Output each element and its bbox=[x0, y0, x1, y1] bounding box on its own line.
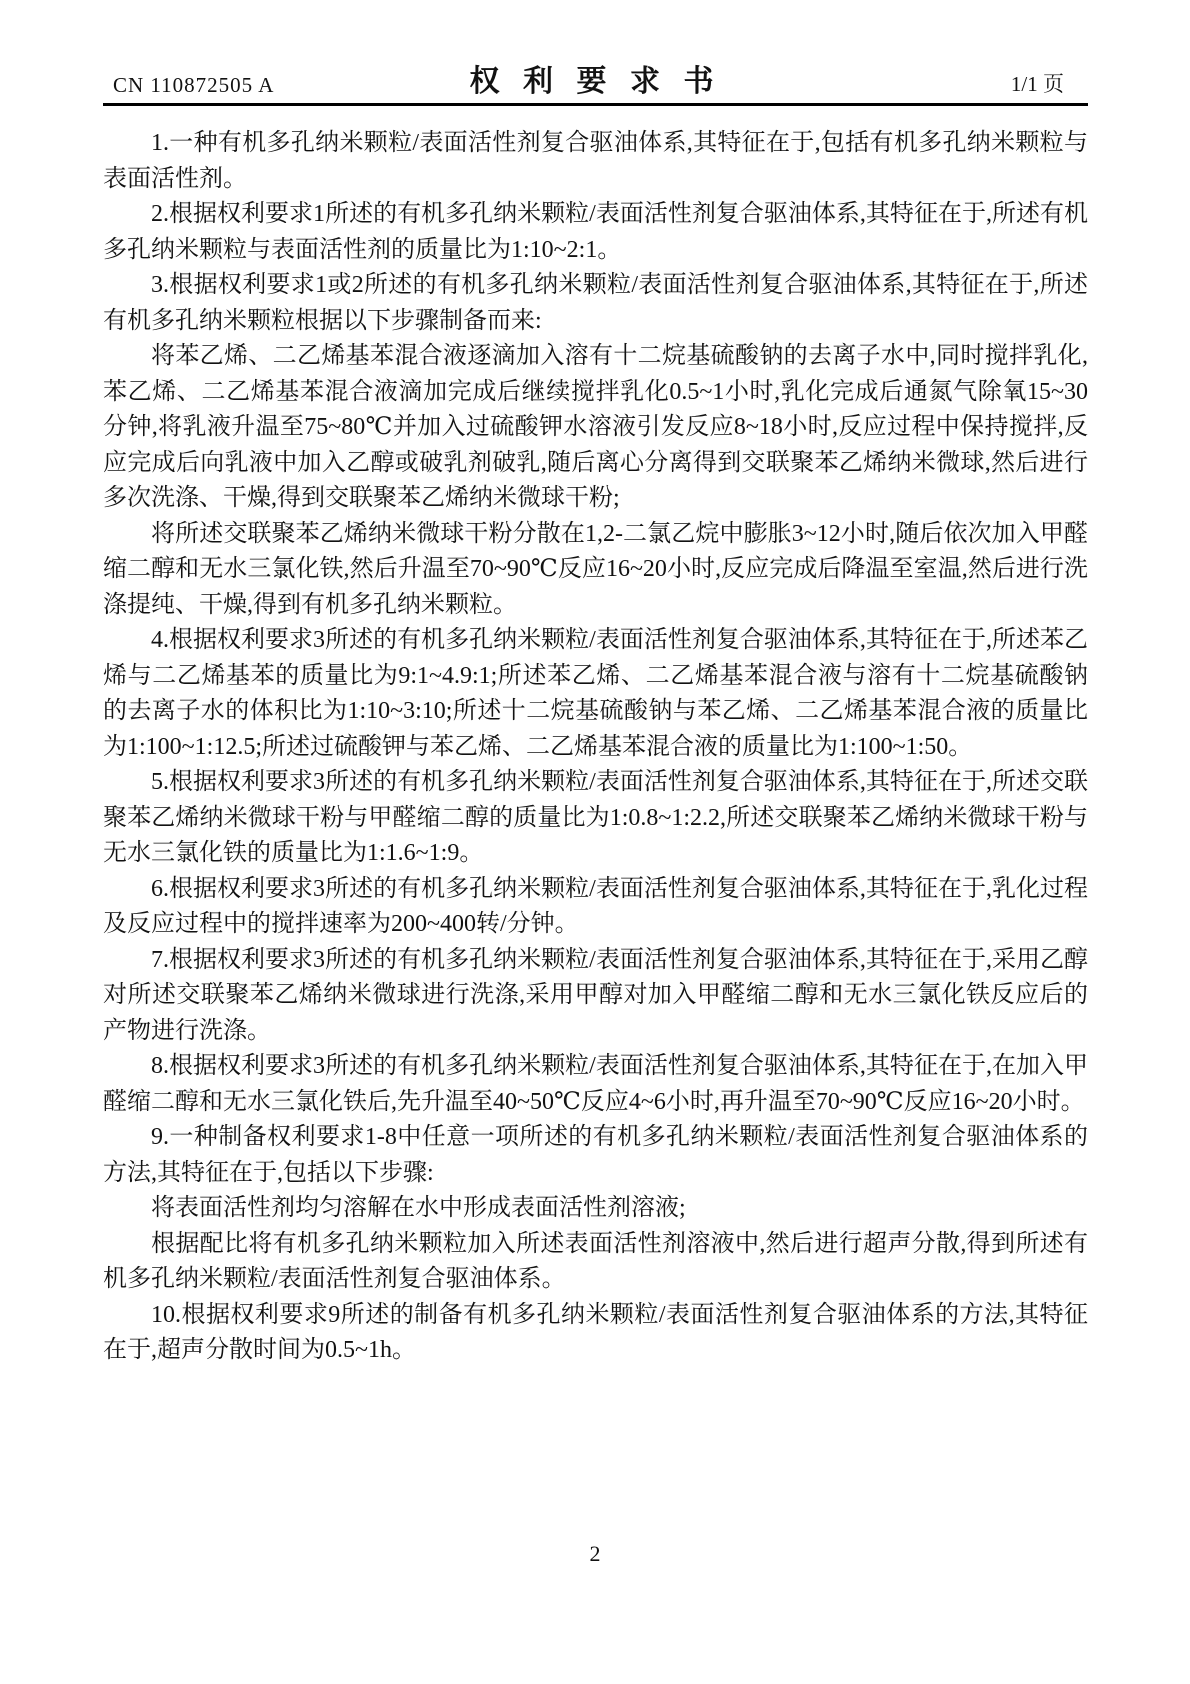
claim-paragraph: 5.根据权利要求3所述的有机多孔纳米颗粒/表面活性剂复合驱油体系,其特征在于,所… bbox=[103, 765, 1088, 872]
claim-paragraph: 3.根据权利要求1或2所述的有机多孔纳米颗粒/表面活性剂复合驱油体系,其特征在于… bbox=[103, 268, 1088, 339]
header-divider-rule bbox=[103, 103, 1088, 106]
claim-paragraph: 9.一种制备权利要求1-8中任意一项所述的有机多孔纳米颗粒/表面活性剂复合驱油体… bbox=[103, 1120, 1088, 1191]
claim-paragraph: 10.根据权利要求9所述的制备有机多孔纳米颗粒/表面活性剂复合驱油体系的方法,其… bbox=[103, 1298, 1088, 1369]
patent-claims-page: CN 110872505 A 权 利 要 求 书 1/1 页 1.一种有机多孔纳… bbox=[0, 0, 1190, 1684]
claim-paragraph: 将苯乙烯、二乙烯基苯混合液逐滴加入溶有十二烷基硫酸钠的去离子水中,同时搅拌乳化,… bbox=[103, 339, 1088, 517]
claim-paragraph: 2.根据权利要求1所述的有机多孔纳米颗粒/表面活性剂复合驱油体系,其特征在于,所… bbox=[103, 197, 1088, 268]
claim-paragraph: 7.根据权利要求3所述的有机多孔纳米颗粒/表面活性剂复合驱油体系,其特征在于,采… bbox=[103, 943, 1088, 1050]
claims-section: 1.一种有机多孔纳米颗粒/表面活性剂复合驱油体系,其特征在于,包括有机多孔纳米颗… bbox=[103, 126, 1088, 1369]
page-title: 权 利 要 求 书 bbox=[470, 56, 722, 100]
claim-paragraph: 8.根据权利要求3所述的有机多孔纳米颗粒/表面活性剂复合驱油体系,其特征在于,在… bbox=[103, 1049, 1088, 1120]
claim-paragraph: 6.根据权利要求3所述的有机多孔纳米颗粒/表面活性剂复合驱油体系,其特征在于,乳… bbox=[103, 872, 1088, 943]
claim-paragraph: 将所述交联聚苯乙烯纳米微球干粉分散在1,2-二氯乙烷中膨胀3~12小时,随后依次… bbox=[103, 517, 1088, 624]
document-number: CN 110872505 A bbox=[113, 73, 274, 98]
page-indicator: 1/1 页 bbox=[1011, 68, 1064, 98]
claim-paragraph: 1.一种有机多孔纳米颗粒/表面活性剂复合驱油体系,其特征在于,包括有机多孔纳米颗… bbox=[103, 126, 1088, 197]
claim-paragraph: 将表面活性剂均匀溶解在水中形成表面活性剂溶液; bbox=[103, 1191, 1088, 1227]
page-number-footer: 2 bbox=[0, 1541, 1190, 1567]
page-header: CN 110872505 A 权 利 要 求 书 1/1 页 bbox=[103, 56, 1088, 102]
claim-paragraph: 4.根据权利要求3所述的有机多孔纳米颗粒/表面活性剂复合驱油体系,其特征在于,所… bbox=[103, 623, 1088, 765]
claim-paragraph: 根据配比将有机多孔纳米颗粒加入所述表面活性剂溶液中,然后进行超声分散,得到所述有… bbox=[103, 1227, 1088, 1298]
